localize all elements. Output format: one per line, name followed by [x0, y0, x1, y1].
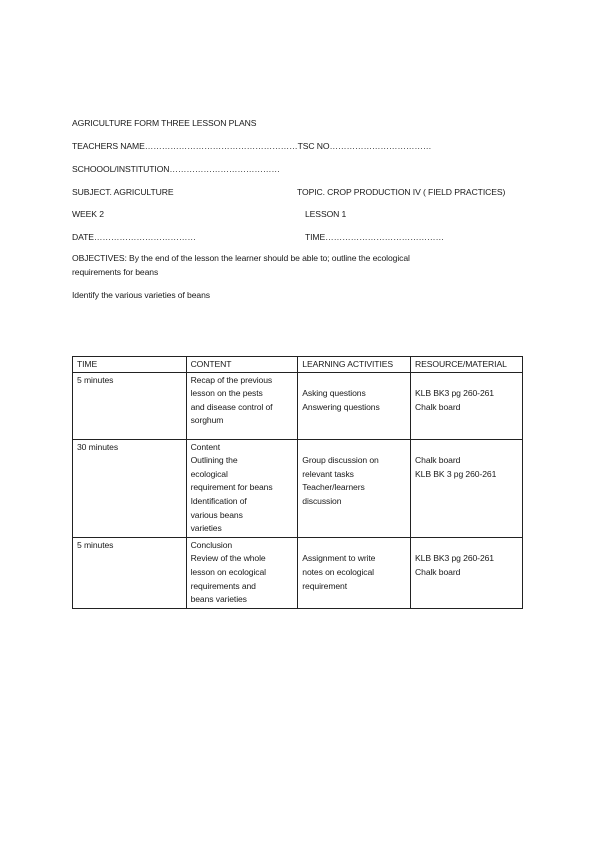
cell-line: Teacher/learners [302, 481, 405, 495]
cell-line: KLB BK3 pg 260-261 [415, 387, 517, 401]
header-learning-activities: LEARNING ACTIVITIES [298, 357, 411, 373]
cell-line: Chalk board [415, 566, 517, 580]
cell-line: notes on ecological [302, 566, 405, 580]
cell-time: 30 minutes [73, 439, 187, 537]
cell-line: Content [191, 441, 293, 455]
cell-line: requirement for beans [191, 481, 293, 495]
cell-line: requirement [302, 580, 405, 594]
cell-line: Recap of the previous [191, 374, 293, 388]
spacer [415, 539, 517, 553]
objectives-line-2: requirements for beans [72, 267, 158, 277]
cell-line: KLB BK 3 pg 260-261 [415, 468, 517, 482]
header-content: CONTENT [186, 357, 298, 373]
cell-line: lesson on the pests [191, 387, 293, 401]
cell-time: 5 minutes [73, 372, 187, 439]
lesson-plan-table: TIME CONTENT LEARNING ACTIVITIES RESOURC… [72, 356, 523, 609]
cell-resources: KLB BK3 pg 260-261Chalk board [411, 372, 523, 439]
cell-line: Conclusion [191, 539, 293, 553]
cell-activities: Assignment to writenotes on ecologicalre… [298, 537, 411, 608]
spacer [302, 539, 405, 553]
cell-time: 5 minutes [73, 537, 187, 608]
cell-content: ConclusionReview of the wholelesson on e… [186, 537, 298, 608]
time-field: TIME…………………………………… [305, 232, 444, 242]
topic-label: TOPIC. CROP PRODUCTION IV ( FIELD PRACTI… [297, 187, 505, 197]
cell-line: sorghum [191, 414, 293, 428]
cell-line: 5 minutes [77, 374, 181, 388]
table-header-row: TIME CONTENT LEARNING ACTIVITIES RESOURC… [73, 357, 523, 373]
cell-line: relevant tasks [302, 468, 405, 482]
cell-activities: Group discussion onrelevant tasksTeacher… [298, 439, 411, 537]
cell-content: ContentOutlining theecologicalrequiremen… [186, 439, 298, 537]
cell-line: discussion [302, 495, 405, 509]
week-label: WEEK 2 [72, 209, 104, 219]
cell-line: various beans [191, 509, 293, 523]
cell-line: 5 minutes [77, 539, 181, 553]
cell-line: Asking questions [302, 387, 405, 401]
cell-line: Identification of [191, 495, 293, 509]
table-row: 30 minutesContentOutlining theecological… [73, 439, 523, 537]
document-title: AGRICULTURE FORM THREE LESSON PLANS [72, 118, 256, 128]
cell-line: Answering questions [302, 401, 405, 415]
objectives-line-3: Identify the various varieties of beans [72, 290, 210, 300]
cell-line: beans varieties [191, 593, 293, 607]
spacer [415, 374, 517, 388]
table-row: 5 minutesConclusionReview of the wholele… [73, 537, 523, 608]
cell-line: Chalk board [415, 454, 517, 468]
school-field: SCHOOOL/INSTITUTION………………………………… [72, 164, 280, 174]
header-time: TIME [73, 357, 187, 373]
cell-content: Recap of the previouslesson on the pests… [186, 372, 298, 439]
cell-line: 30 minutes [77, 441, 181, 455]
objectives-line-1: OBJECTIVES: By the end of the lesson the… [72, 253, 410, 263]
cell-line: lesson on ecological [191, 566, 293, 580]
cell-line: Assignment to write [302, 552, 405, 566]
subject-label: SUBJECT. AGRICULTURE [72, 187, 173, 197]
cell-line: requirements and [191, 580, 293, 594]
table-row: 5 minutesRecap of the previouslesson on … [73, 372, 523, 439]
cell-line: Chalk board [415, 401, 517, 415]
date-field: DATE……………………………… [72, 232, 196, 242]
cell-line: and disease control of [191, 401, 293, 415]
teachers-name-field: TEACHERS NAME………………………………………………TSC NO………… [72, 141, 431, 151]
cell-resources: KLB BK3 pg 260-261Chalk board [411, 537, 523, 608]
cell-activities: Asking questionsAnswering questions [298, 372, 411, 439]
cell-line: Outlining the [191, 454, 293, 468]
header-resource-material: RESOURCE/MATERIAL [411, 357, 523, 373]
cell-line: Review of the whole [191, 552, 293, 566]
cell-line: ecological [191, 468, 293, 482]
cell-resources: Chalk boardKLB BK 3 pg 260-261 [411, 439, 523, 537]
cell-line: varieties [191, 522, 293, 536]
spacer [302, 441, 405, 455]
cell-line: Group discussion on [302, 454, 405, 468]
lesson-label: LESSON 1 [305, 209, 346, 219]
cell-line: KLB BK3 pg 260-261 [415, 552, 517, 566]
spacer [415, 441, 517, 455]
spacer [302, 374, 405, 388]
